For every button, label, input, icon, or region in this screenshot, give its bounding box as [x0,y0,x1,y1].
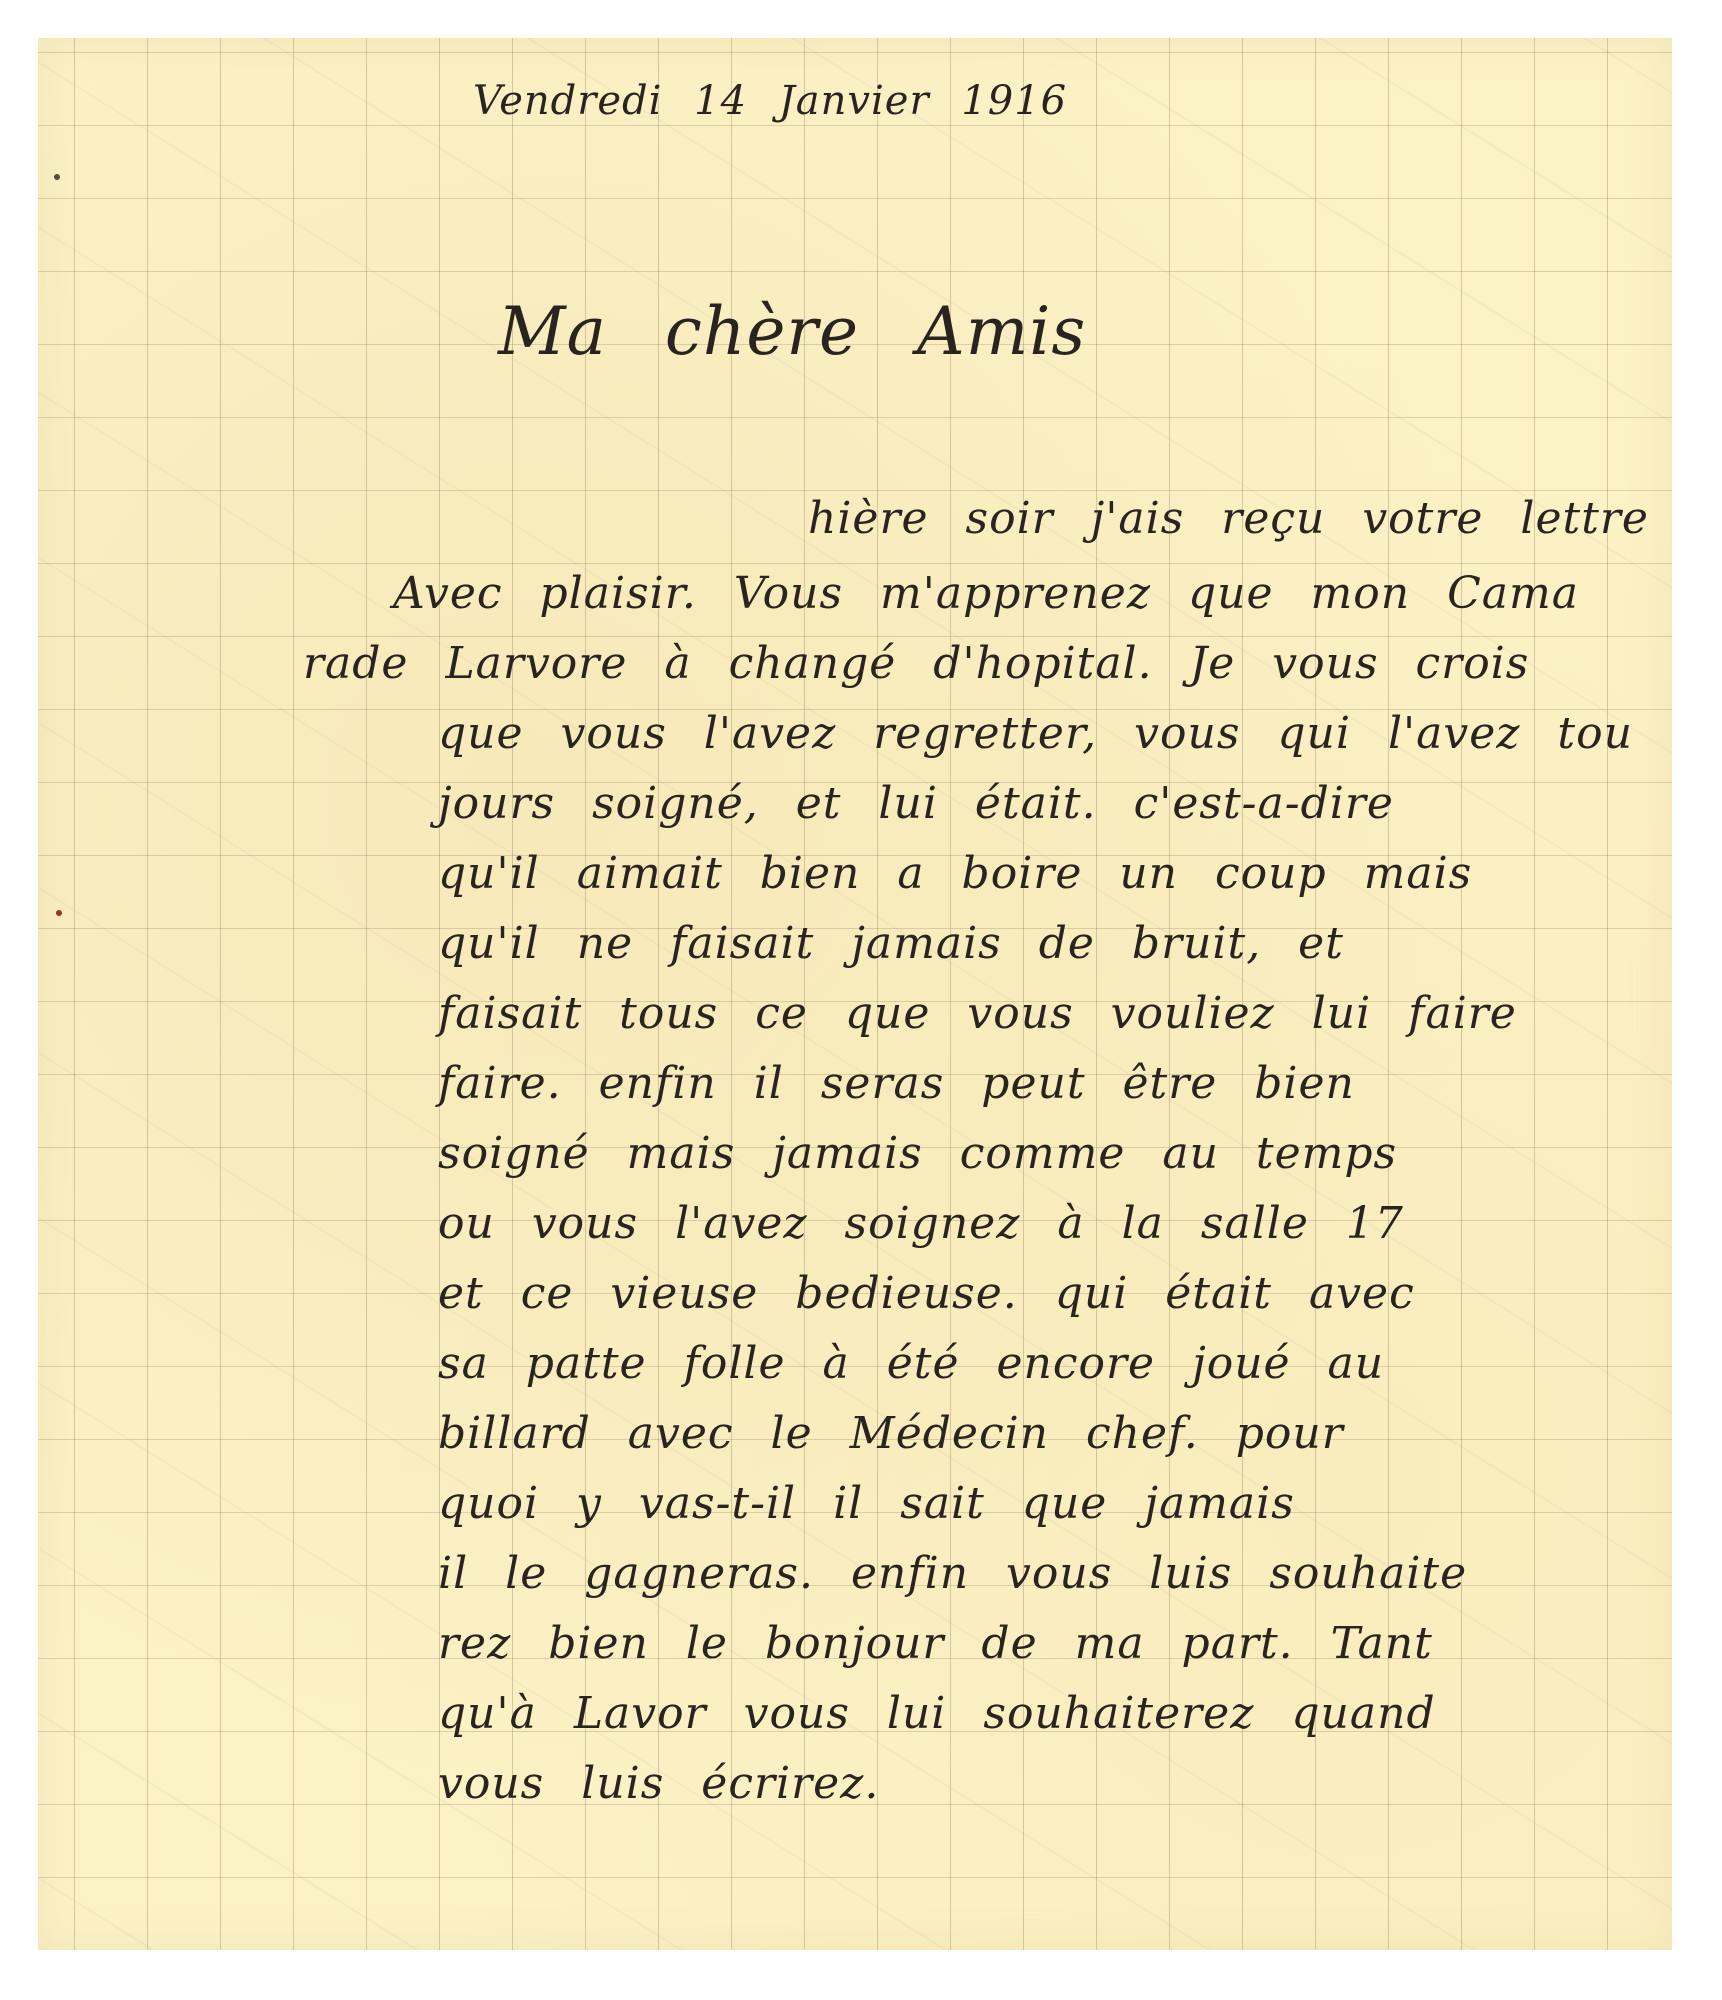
letter-line: rade Larvore à changé d'hopital. Je vous… [303,638,1529,689]
letter-line: il le gagneras. enfin vous luis souhaite [438,1548,1467,1599]
letter-line: que vous l'avez regretter, vous qui l'av… [438,708,1633,759]
letter-line: qu'à Lavor vous lui souhaiterez quand [438,1688,1436,1739]
letter-line: faire. enfin il seras peut être bien [438,1058,1355,1109]
letter-line: qu'il ne faisait jamais de bruit, et [438,918,1344,969]
letter-paper: Vendredi 14 Janvier 1916 Ma chère Amis h… [38,38,1672,1950]
letter-line: vous luis écrirez. [438,1758,879,1809]
letter-line: jours soigné, et lui était. c'est-a-dire [438,778,1394,829]
letter-line: billard avec le Médecin chef. pour [438,1408,1344,1459]
letter-line: Avec plaisir. Vous m'apprenez que mon Ca… [393,568,1579,619]
letter-line: soigné mais jamais comme au temps [438,1128,1397,1179]
letter-line: rez bien le bonjour de ma part. Tant [438,1618,1433,1669]
letter-line: hière soir j'ais reçu votre lettre [808,493,1649,544]
letter-line: qu'il aimait bien a boire un coup mais [438,848,1472,899]
letter-date: Vendredi 14 Janvier 1916 [473,78,1067,124]
letter-line: ou vous l'avez soignez à la salle 17 [438,1198,1404,1249]
ink-spot [56,910,62,916]
letter-salutation: Ma chère Amis [498,293,1086,370]
letter-line: quoi y vas-t-il il sait que jamais [438,1478,1295,1529]
ink-spot [54,174,60,180]
letter-line: faisait tous ce que vous vouliez lui fai… [438,988,1517,1039]
letter-line: sa patte folle à été encore joué au [438,1338,1384,1389]
letter-line: et ce vieuse bedieuse. qui était avec [438,1268,1415,1319]
